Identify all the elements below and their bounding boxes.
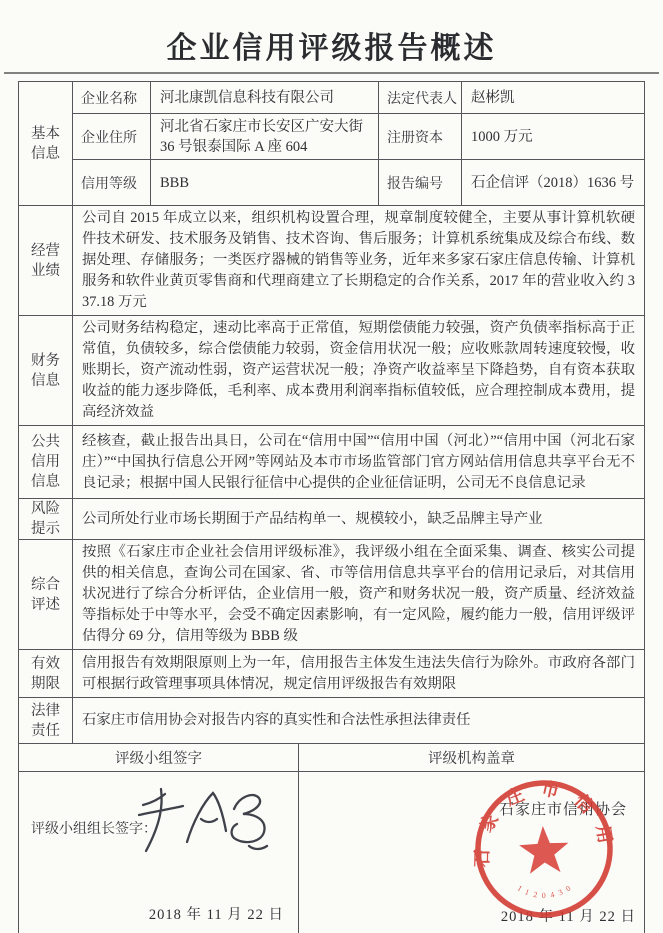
section-label-basic-info: 基本信息 xyxy=(19,82,73,206)
field-value-registered-capital: 1000 万元 xyxy=(462,114,645,160)
section-text-public-credit-info: 经核查，截止报告出具日，公司在“信用中国”“信用中国（河北）”“信用中国（河北石… xyxy=(73,426,645,499)
stamp-code: 1120430 xyxy=(515,881,577,902)
section-text-comprehensive-review: 按照《石家庄市企业社会信用评级标准》，我评级小组在全面采集、调查、核实公司提供的… xyxy=(73,540,645,650)
section-label-text: 风险提示 xyxy=(30,499,61,539)
field-label-registered-capital: 注册资本 xyxy=(379,114,462,160)
section-text-business-performance: 公司自 2015 年成立以来，组织机构设置合理，规章制度较健全，主要从事计算机软… xyxy=(73,206,645,316)
section-label-valid-period: 有效期限 xyxy=(19,650,73,698)
table-row: 评级小组签字 评级机构盖章 xyxy=(19,744,645,772)
stamp-cell: 石家庄市信用协会 2018 年 11 月 22 日 石家庄市信用协会 11204… xyxy=(299,772,645,933)
table-row: 法律责任 石家庄市信用协会对报告内容的真实性和合法性承担法律责任 xyxy=(19,698,645,744)
section-label-text: 公共信用信息 xyxy=(30,432,61,492)
table-row: 经营业绩 公司自 2015 年成立以来，组织机构设置合理，规章制度较健全，主要从… xyxy=(19,206,645,316)
field-label-report-number: 报告编号 xyxy=(379,160,462,206)
svg-text:1120430: 1120430 xyxy=(515,881,577,902)
field-value-credit-rating: BBB xyxy=(151,160,379,206)
section-label-comprehensive-review: 综合评述 xyxy=(19,540,73,650)
signature-stamp-table: 评级小组签字 评级机构盖章 评级小组组长签字： 2018 年 xyxy=(18,743,645,933)
field-value-legal-representative: 赵彬凯 xyxy=(462,82,645,114)
section-text-financial-info: 公司财务结构稳定，速动比率高于正常值，短期偿债能力较强，资产负债率指标高于正常值… xyxy=(73,316,645,426)
section-label-legal-responsibility: 法律责任 xyxy=(19,698,73,744)
table-row: 企业住所 河北省石家庄市长安区广安大街 36 号银泰国际 A 座 604 注册资… xyxy=(19,114,645,160)
table-row: 有效期限 信用报告有效期限原则上为一年，信用报告主体发生违法失信行为除外。市政府… xyxy=(19,650,645,698)
table-row: 风险提示 公司所处行业市场长期囿于产品结构单一、规模较小，缺乏品牌主导产业 xyxy=(19,499,645,540)
handwritten-signature xyxy=(131,784,281,862)
section-text-risk-warning: 公司所处行业市场长期囿于产品结构单一、规模较小，缺乏品牌主导产业 xyxy=(73,499,645,540)
official-stamp: 石家庄市信用协会 1120430 xyxy=(465,770,623,928)
table-row: 信用等级 BBB 报告编号 石企信评（2018）1636 号 xyxy=(19,160,645,206)
section-label-text: 经营业绩 xyxy=(30,241,61,281)
signature-cell: 评级小组组长签字： 2018 年 11 月 22 日 xyxy=(19,772,299,933)
page-title: 企业信用评级报告概述 xyxy=(0,0,663,67)
table-row: 财务信息 公司财务结构稳定，速动比率高于正常值，短期偿债能力较强，资产负债率指标… xyxy=(19,316,645,426)
table-row: 基本信息 企业名称 河北康凯信息科技有限公司 法定代表人 赵彬凯 xyxy=(19,82,645,114)
footer-header-team-signature: 评级小组签字 xyxy=(19,744,299,772)
field-label-credit-rating: 信用等级 xyxy=(73,160,151,206)
section-label-business-performance: 经营业绩 xyxy=(19,206,73,316)
field-value-address: 河北省石家庄市长安区广安大街 36 号银泰国际 A 座 604 xyxy=(151,114,379,160)
field-label-address: 企业住所 xyxy=(73,114,151,160)
table-row: 公共信用信息 经核查，截止报告出具日，公司在“信用中国”“信用中国（河北）”“信… xyxy=(19,426,645,499)
section-label-text: 基本信息 xyxy=(30,124,61,164)
section-text-valid-period: 信用报告有效期限原则上为一年，信用报告主体发生违法失信行为除外。市政府各部门可根… xyxy=(73,650,645,698)
section-text-legal-responsibility: 石家庄市信用协会对报告内容的真实性和合法性承担法律责任 xyxy=(73,698,645,744)
signature-date: 2018 年 11 月 22 日 xyxy=(149,903,284,924)
section-label-text: 法律责任 xyxy=(30,701,61,741)
field-label-company-name: 企业名称 xyxy=(73,82,151,114)
section-label-text: 有效期限 xyxy=(30,654,61,694)
section-label-text: 综合评述 xyxy=(30,575,61,615)
section-label-public-credit-info: 公共信用信息 xyxy=(19,426,73,499)
star-icon xyxy=(518,825,570,875)
report-page: 企业信用评级报告概述 基本信息 企业名称 河北康凯信息科技有限公司 法定代表人 … xyxy=(0,0,663,933)
section-label-financial-info: 财务信息 xyxy=(19,316,73,426)
field-value-report-number: 石企信评（2018）1636 号 xyxy=(462,160,645,206)
section-label-text: 财务信息 xyxy=(30,351,61,391)
report-table: 基本信息 企业名称 河北康凯信息科技有限公司 法定代表人 赵彬凯 企业住所 河北… xyxy=(18,81,645,744)
field-value-company-name: 河北康凯信息科技有限公司 xyxy=(151,82,379,114)
table-row: 综合评述 按照《石家庄市企业社会信用评级标准》，我评级小组在全面采集、调查、核实… xyxy=(19,540,645,650)
section-label-risk-warning: 风险提示 xyxy=(19,499,73,540)
field-label-legal-representative: 法定代表人 xyxy=(379,82,462,114)
title-underline xyxy=(4,72,659,74)
table-row: 评级小组组长签字： 2018 年 11 月 22 日 石家庄市信用协会 xyxy=(19,772,645,933)
footer-header-agency-stamp: 评级机构盖章 xyxy=(299,744,645,772)
